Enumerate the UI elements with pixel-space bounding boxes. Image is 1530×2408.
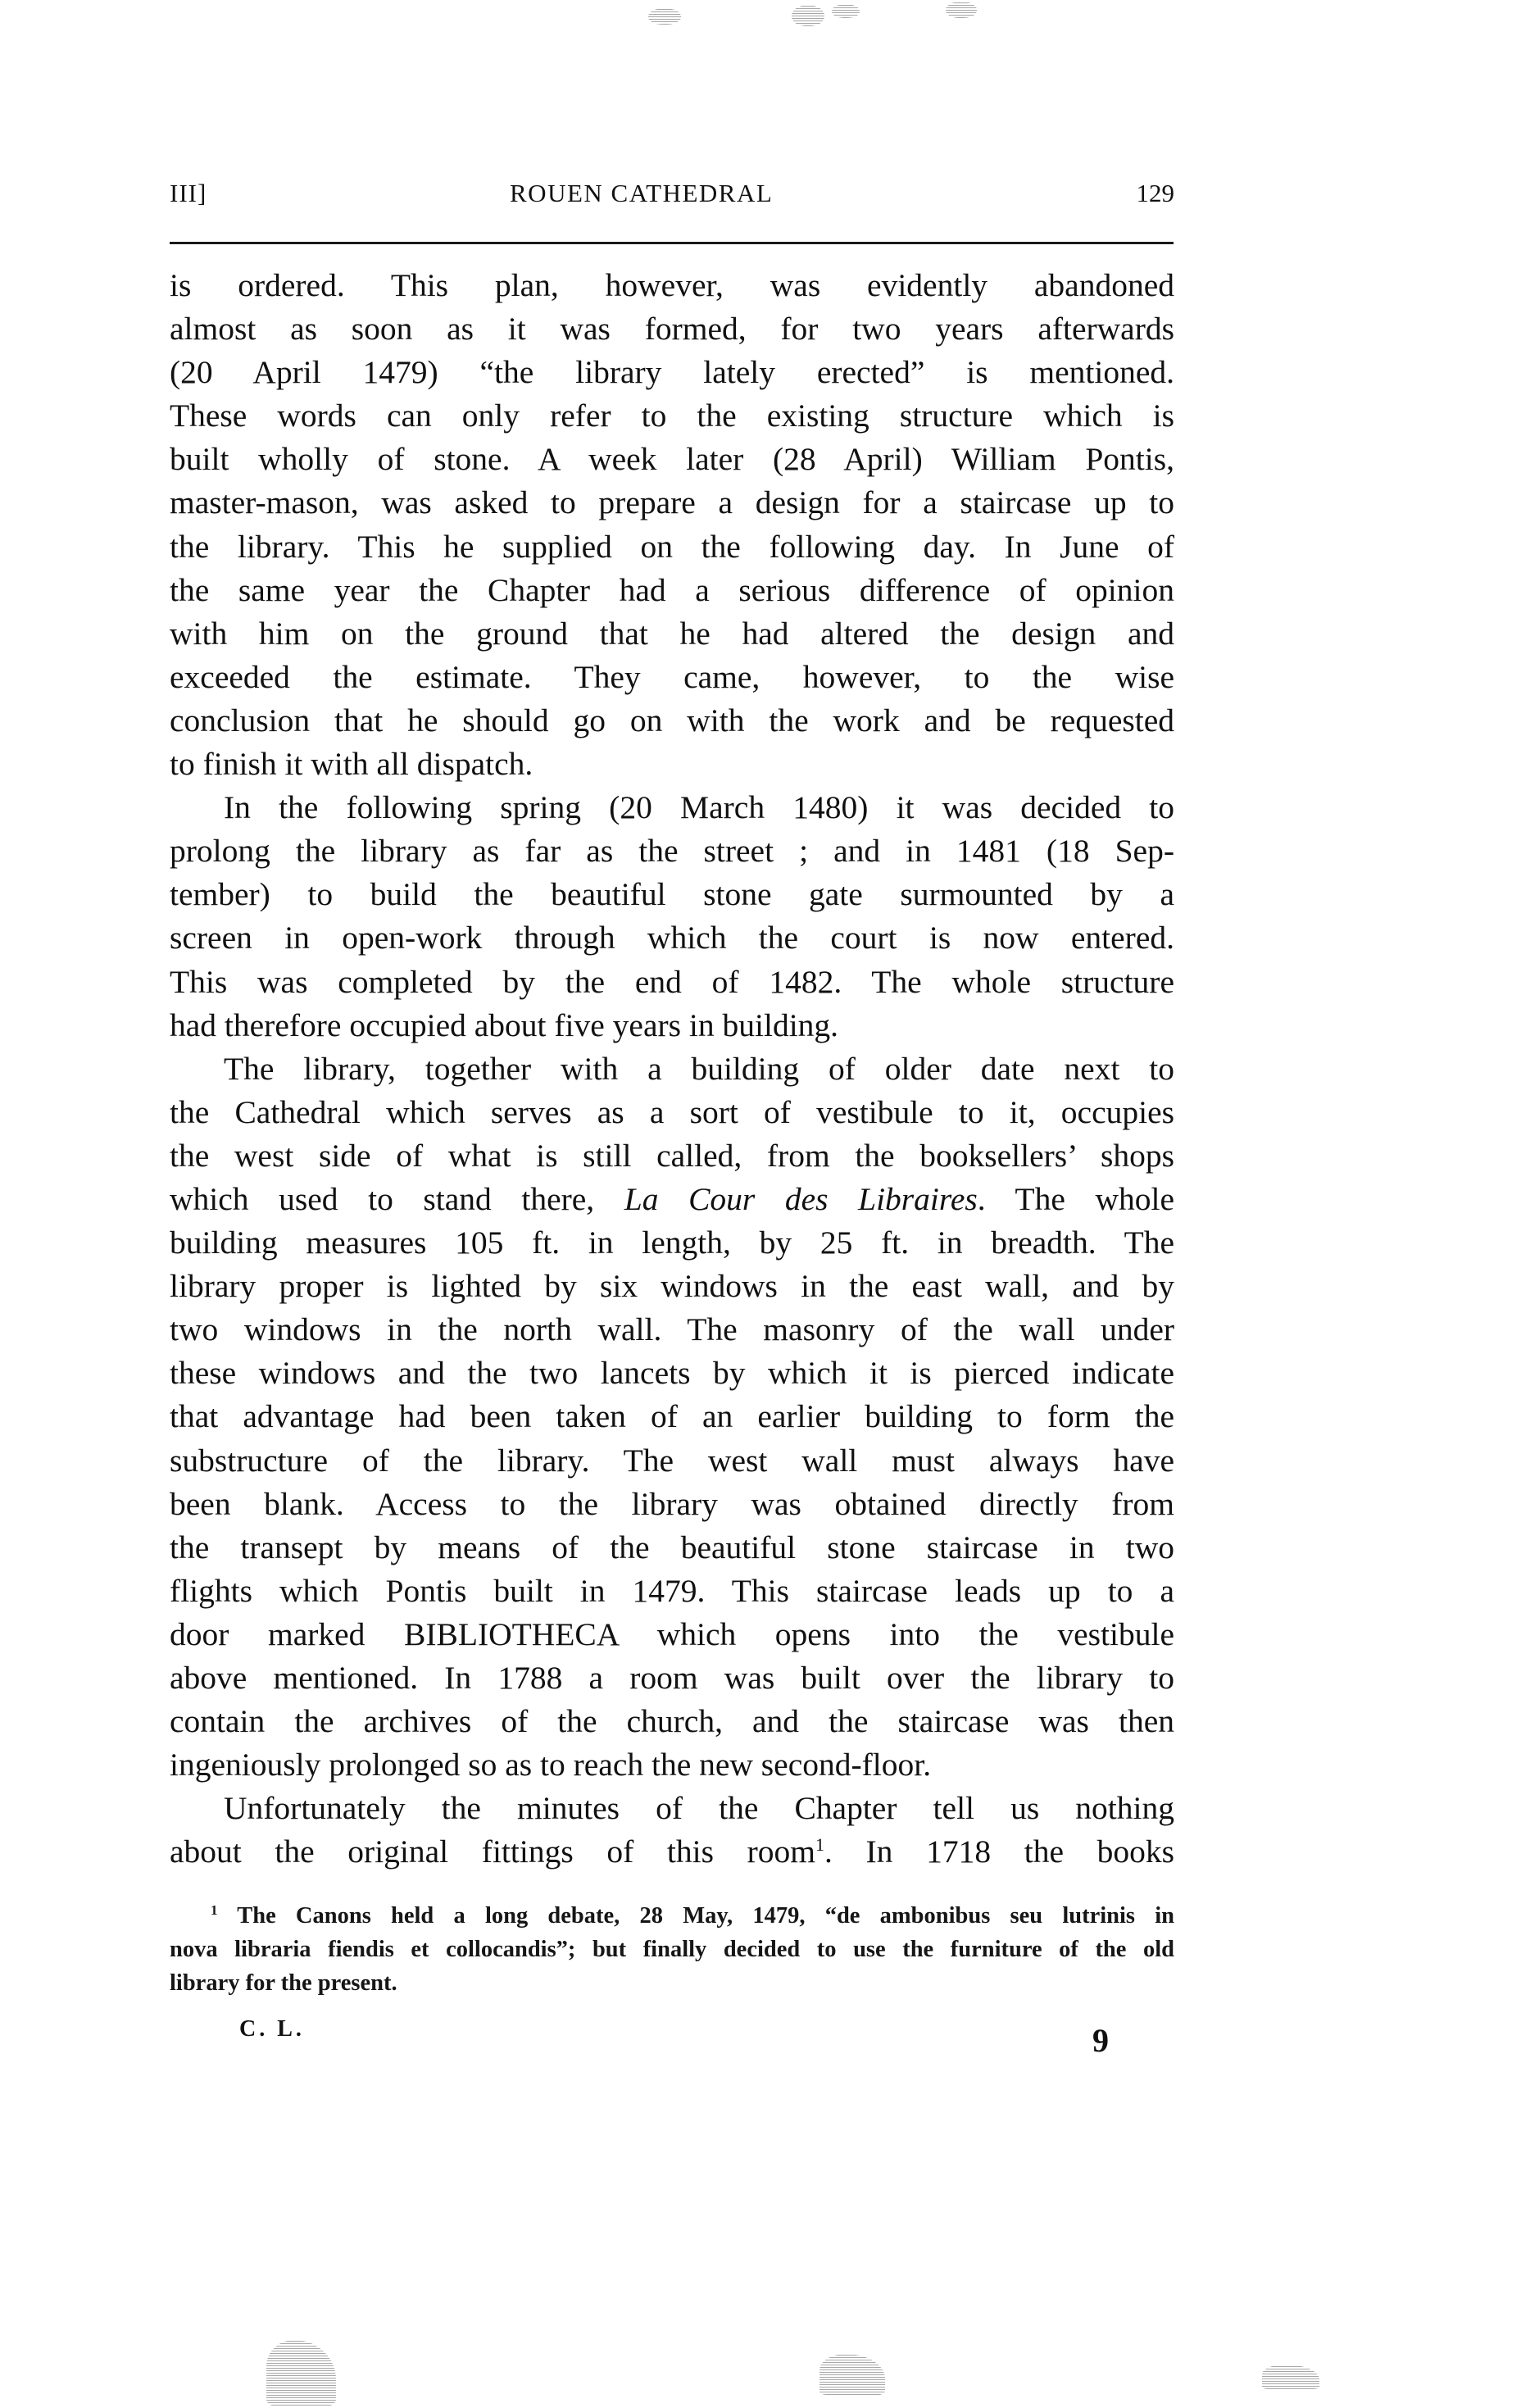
text-line: This was completed by the end of 1482. T… [170, 961, 1174, 1004]
text-line: above mentioned. In 1788 a room was buil… [170, 1656, 1174, 1700]
text-line: built wholly of stone. A week later (28 … [170, 438, 1174, 481]
text-line: to finish it with all dispatch. [170, 743, 1174, 786]
text-line: the library. This he supplied on the fol… [170, 525, 1174, 569]
text-run: about the original fittings of this room [170, 1833, 815, 1870]
text-line: building measures 105 ft. in length, by … [170, 1221, 1174, 1265]
text-run: . In 1718 the books [824, 1833, 1174, 1870]
text-line: these windows and the two lancets by whi… [170, 1352, 1174, 1395]
scan-smudge-bottom-2 [819, 2354, 885, 2395]
text-line: the transept by means of the beautiful s… [170, 1526, 1174, 1570]
running-head: III] ROUEN CATHEDRAL 129 [170, 179, 1174, 215]
footnote-marker: 1 [211, 1902, 218, 1918]
text-line: Unfortunately the minutes of the Chapter… [170, 1787, 1174, 1830]
running-title: ROUEN CATHEDRAL [510, 179, 773, 208]
text-run: . The whole [978, 1181, 1174, 1217]
footnote-reference[interactable]: 1 [815, 1834, 824, 1855]
text-line: screen in open-work through which the co… [170, 916, 1174, 960]
chapter-marker: III] [170, 179, 207, 208]
text-line: the Cathedral which serves as a sort of … [170, 1091, 1174, 1134]
header-rule [170, 242, 1174, 244]
text-line: door marked BIBLIOTHECA which opens into… [170, 1613, 1174, 1656]
scan-smudge-top-1 [648, 8, 681, 25]
signature-mark: C. L. [239, 2016, 305, 2042]
text-line: about the original fittings of this room… [170, 1830, 1174, 1874]
footnote-text: The Canons held a long debate, 28 May, 1… [237, 1903, 1174, 1929]
text-run: which used to stand there, [170, 1181, 624, 1217]
text-line: that advantage had been taken of an earl… [170, 1395, 1174, 1438]
scan-smudge-bottom-1 [266, 2340, 336, 2406]
text-line: The library, together with a building of… [170, 1047, 1174, 1091]
text-line: exceeded the estimate. They came, howeve… [170, 656, 1174, 699]
text-line: master-mason, was asked to prepare a des… [170, 481, 1174, 525]
footnote: 1 The Canons held a long debate, 28 May,… [170, 1899, 1174, 2000]
text-line: the same year the Chapter had a serious … [170, 569, 1174, 612]
body-text: is ordered. This plan, however, was evid… [170, 264, 1174, 1874]
text-line: library proper is lighted by six windows… [170, 1265, 1174, 1308]
text-line: had therefore occupied about five years … [170, 1004, 1174, 1047]
page-number: 129 [1137, 179, 1175, 208]
scan-smudge-top-3 [832, 4, 860, 18]
text-line: conclusion that he should go on with the… [170, 699, 1174, 743]
text-line: contain the archives of the church, and … [170, 1700, 1174, 1743]
text-line: with him on the ground that he had alter… [170, 612, 1174, 656]
text-line: almost as soon as it was formed, for two… [170, 307, 1174, 351]
text-line: (20 April 1479) “the library lately erec… [170, 351, 1174, 394]
text-line: ingeniously prolonged so as to reach the… [170, 1743, 1174, 1787]
scan-smudge-bottom-3 [1262, 2365, 1319, 2389]
text-line: flights which Pontis built in 1479. This… [170, 1570, 1174, 1613]
text-line: the west side of what is still called, f… [170, 1134, 1174, 1178]
scan-smudge-top-4 [946, 2, 977, 18]
footnote-line: library for the present. [170, 1966, 1174, 2000]
text-line: tember) to build the beautiful stone gat… [170, 873, 1174, 916]
text-line: which used to stand there, La Cour des L… [170, 1178, 1174, 1221]
signature-number: 9 [1092, 2021, 1109, 2060]
text-line: These words can only refer to the existi… [170, 394, 1174, 438]
scan-smudge-top-2 [792, 5, 824, 26]
footnote-line: 1 The Canons held a long debate, 28 May,… [170, 1899, 1174, 1933]
text-line: two windows in the north wall. The mason… [170, 1308, 1174, 1352]
text-line: prolong the library as far as the street… [170, 829, 1174, 873]
book-page: III] ROUEN CATHEDRAL 129 is ordered. Thi… [0, 0, 1530, 2408]
text-line: been blank. Access to the library was ob… [170, 1483, 1174, 1526]
text-line: In the following spring (20 March 1480) … [170, 786, 1174, 829]
text-line: substructure of the library. The west wa… [170, 1439, 1174, 1483]
italic-place-name: La Cour des Libraires [624, 1181, 978, 1217]
footnote-line: nova libraria fiendis et collocandis”; b… [170, 1933, 1174, 1966]
text-line: is ordered. This plan, however, was evid… [170, 264, 1174, 307]
